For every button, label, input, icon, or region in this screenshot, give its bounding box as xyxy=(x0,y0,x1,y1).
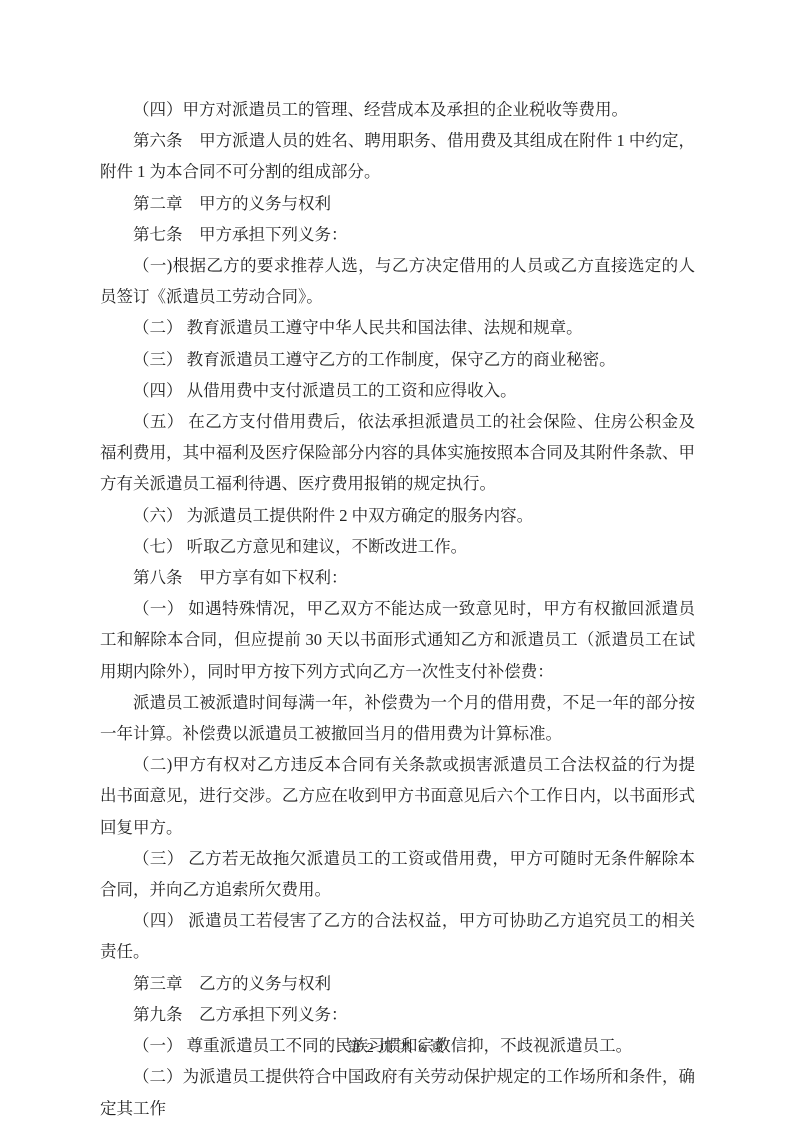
contract-paragraph: （三） 乙方若无故拖欠派遣员工的工资或借用费，甲方可随时无条件解除本合同，并向乙… xyxy=(100,843,695,905)
contract-paragraph: 第八条 甲方享有如下权利： xyxy=(100,562,695,593)
contract-paragraph: （二）为派遣员工提供符合中国政府有关劳动保护规定的工作场所和条件，确定其工作 xyxy=(100,1061,695,1122)
contract-paragraph: （一)根据乙方的要求推荐人选，与乙方决定借用的人员或乙方直接选定的人员签订《派遣… xyxy=(100,250,695,312)
contract-paragraph: （五） 在乙方支付借用费后，依法承担派遣员工的社会保险、住房公积金及福利费用，其… xyxy=(100,406,695,500)
contract-paragraph: （四） 从借用费中支付派遣员工的工资和应得收入。 xyxy=(100,375,695,406)
page-number-label: 第 2 页 共 6 页 xyxy=(347,1041,446,1056)
contract-paragraph: 第七条 甲方承担下列义务： xyxy=(100,219,695,250)
contract-paragraph: （七） 听取乙方意见和建议，不断改进工作。 xyxy=(100,531,695,562)
contract-paragraph: 派遣员工被派遣时间每满一年，补偿费为一个月的借用费，不足一年的部分按一年计算。补… xyxy=(100,687,695,749)
contract-paragraph: （二） 教育派遣员工遵守中华人民共和国法律、法规和规章。 xyxy=(100,312,695,343)
contract-paragraph: （二)甲方有权对乙方违反本合同有关条款或损害派遣员工合法权益的行为提出书面意见，… xyxy=(100,749,695,843)
contract-paragraph: 第六条 甲方派遣人员的姓名、聘用职务、借用费及其组成在附件 1 中约定，附件 1… xyxy=(100,125,695,187)
contract-paragraph: （四）甲方对派遣员工的管理、经营成本及承担的企业税收等费用。 xyxy=(100,94,695,125)
contract-paragraph: （六） 为派遣员工提供附件 2 中双方确定的服务内容。 xyxy=(100,500,695,531)
contract-paragraph: 第二章 甲方的义务与权利 xyxy=(100,188,695,219)
contract-body: （四）甲方对派遣员工的管理、经营成本及承担的企业税收等费用。第六条 甲方派遣人员… xyxy=(100,94,695,1122)
page-footer: 第 2 页 共 6 页 xyxy=(0,1038,793,1060)
document-page: （四）甲方对派遣员工的管理、经营成本及承担的企业税收等费用。第六条 甲方派遣人员… xyxy=(0,0,793,1122)
contract-paragraph: 第九条 乙方承担下列义务： xyxy=(100,999,695,1030)
contract-paragraph: （一） 如遇特殊情况，甲乙双方不能达成一致意见时，甲方有权撤回派遣员工和解除本合… xyxy=(100,593,695,687)
contract-paragraph: 第三章 乙方的义务与权利 xyxy=(100,968,695,999)
contract-paragraph: （三） 教育派遣员工遵守乙方的工作制度，保守乙方的商业秘密。 xyxy=(100,344,695,375)
contract-paragraph: （四） 派遣员工若侵害了乙方的合法权益，甲方可协助乙方追究员工的相关责任。 xyxy=(100,905,695,967)
